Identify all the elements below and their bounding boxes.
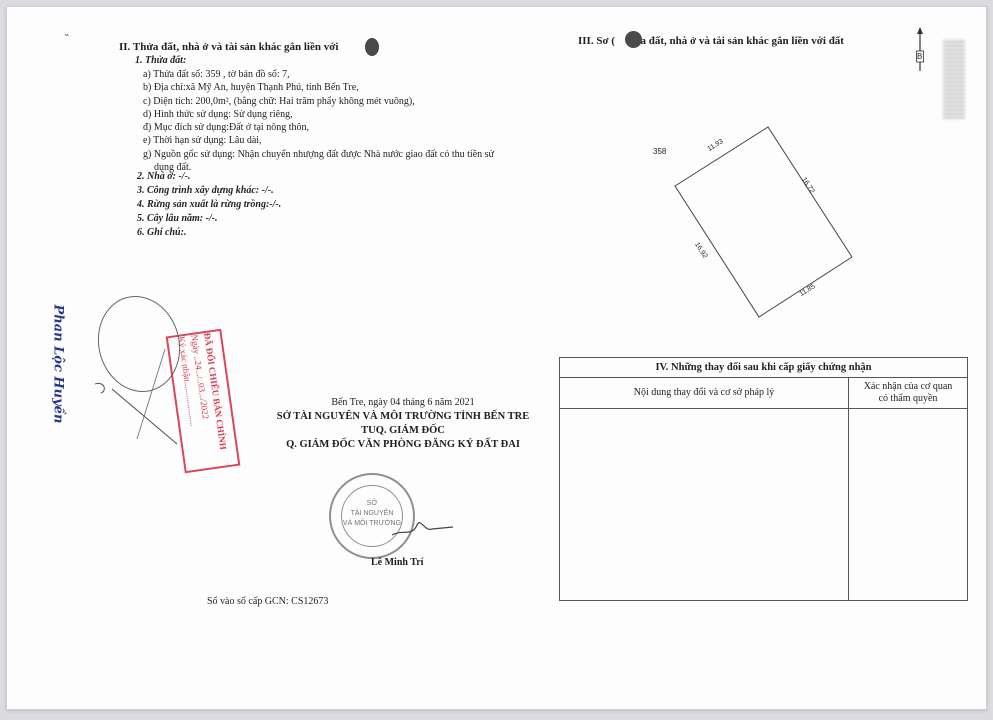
parcel-diagram	[647, 117, 887, 327]
section-2-title: II. Thửa đất, nhà ở và tài sản khác gắn …	[119, 41, 338, 53]
registry-number: Số vào sổ cấp GCN: CS12673	[207, 596, 328, 607]
handwritten-name: Phan Lộc Huyền	[51, 305, 66, 435]
changes-col-confirm-line2: có thẩm quyền	[879, 393, 938, 405]
redaction-mark	[625, 31, 642, 48]
changes-col-confirm: Xác nhận của cơ quan có thẩm quyền	[849, 377, 967, 409]
land-item-area: c) Diện tích: 200,0m², (bằng chữ: Hai tr…	[143, 95, 494, 108]
perennial-line: 5. Cây lâu năm: -/-.	[137, 212, 281, 226]
land-item-number: a) Thửa đất số: 359 , tờ bản đồ số: 7,	[143, 68, 494, 81]
north-label: B	[917, 52, 922, 61]
changes-col-content: Nội dung thay đổi và cơ sở pháp lý	[560, 377, 848, 409]
land-item-term: e) Thời hạn sử dụng: Lâu dài,	[143, 134, 494, 147]
signature-scribble	[387, 507, 457, 547]
handwritten-signature	[77, 289, 187, 449]
note-line: 6. Ghi chú:.	[137, 226, 281, 240]
forest-line: 4. Rừng sản xuất là rừng trồng:-/-.	[137, 198, 281, 212]
signature-block: Bến Tre, ngày 04 tháng 6 năm 2021 SỞ TÀI…	[253, 396, 553, 452]
certificate-page: II. Thửa đất, nhà ở và tài sản khác gắn …	[6, 6, 987, 710]
place-date: Bến Tre, ngày 04 tháng 6 năm 2021	[253, 396, 553, 410]
north-arrow-icon	[913, 27, 927, 73]
section-3-title: III. Sơ ( a đất, nhà ở và tài sản khác g…	[578, 35, 844, 47]
land-details: a) Thửa đất số: 359 , tờ bản đồ số: 7, b…	[143, 68, 494, 174]
issuing-org: SỞ TÀI NGUYÊN VÀ MÔI TRƯỜNG TỈNH BẾN TRE	[253, 410, 553, 424]
scan-artifact	[943, 39, 965, 119]
changes-table: IV. Những thay đổi sau khi cấp giấy chứn…	[559, 357, 968, 601]
land-item-origin: g) Nguồn gốc sử dụng: Nhận chuyển nhượng…	[143, 148, 494, 161]
section-3-title-left: III. Sơ (	[578, 35, 615, 47]
signer-role: Q. GIÁM ĐỐC VĂN PHÒNG ĐĂNG KÝ ĐẤT ĐAI	[253, 438, 553, 452]
land-heading: 1. Thửa đất:	[135, 54, 186, 68]
house-line: 2. Nhà ở: -/-.	[137, 170, 281, 184]
land-item-usage-form: d) Hình thức sử dụng: Sử dụng riêng,	[143, 108, 494, 121]
tuq-line: TUQ. GIÁM ĐỐC	[253, 424, 553, 438]
changes-col-confirm-line1: Xác nhận của cơ quan	[864, 381, 953, 393]
land-item-purpose: đ) Mục đích sử dụng:Đất ở tại nông thôn,	[143, 121, 494, 134]
land-item-address: b) Địa chỉ:xã Mỹ An, huyện Thạnh Phú, tỉ…	[143, 81, 494, 94]
scan-speck: ˵	[65, 29, 68, 40]
signer-name: Lê Minh Trí	[371, 557, 423, 568]
other-assets: 2. Nhà ở: -/-. 3. Công trình xây dựng kh…	[137, 170, 281, 240]
construction-line: 3. Công trình xây dựng khác: -/-.	[137, 184, 281, 198]
changes-table-title: IV. Những thay đổi sau khi cấp giấy chứn…	[560, 358, 967, 378]
section-3-title-right: a đất, nhà ở và tài sản khác gắn liền vớ…	[640, 35, 844, 47]
redaction-mark	[365, 38, 379, 56]
